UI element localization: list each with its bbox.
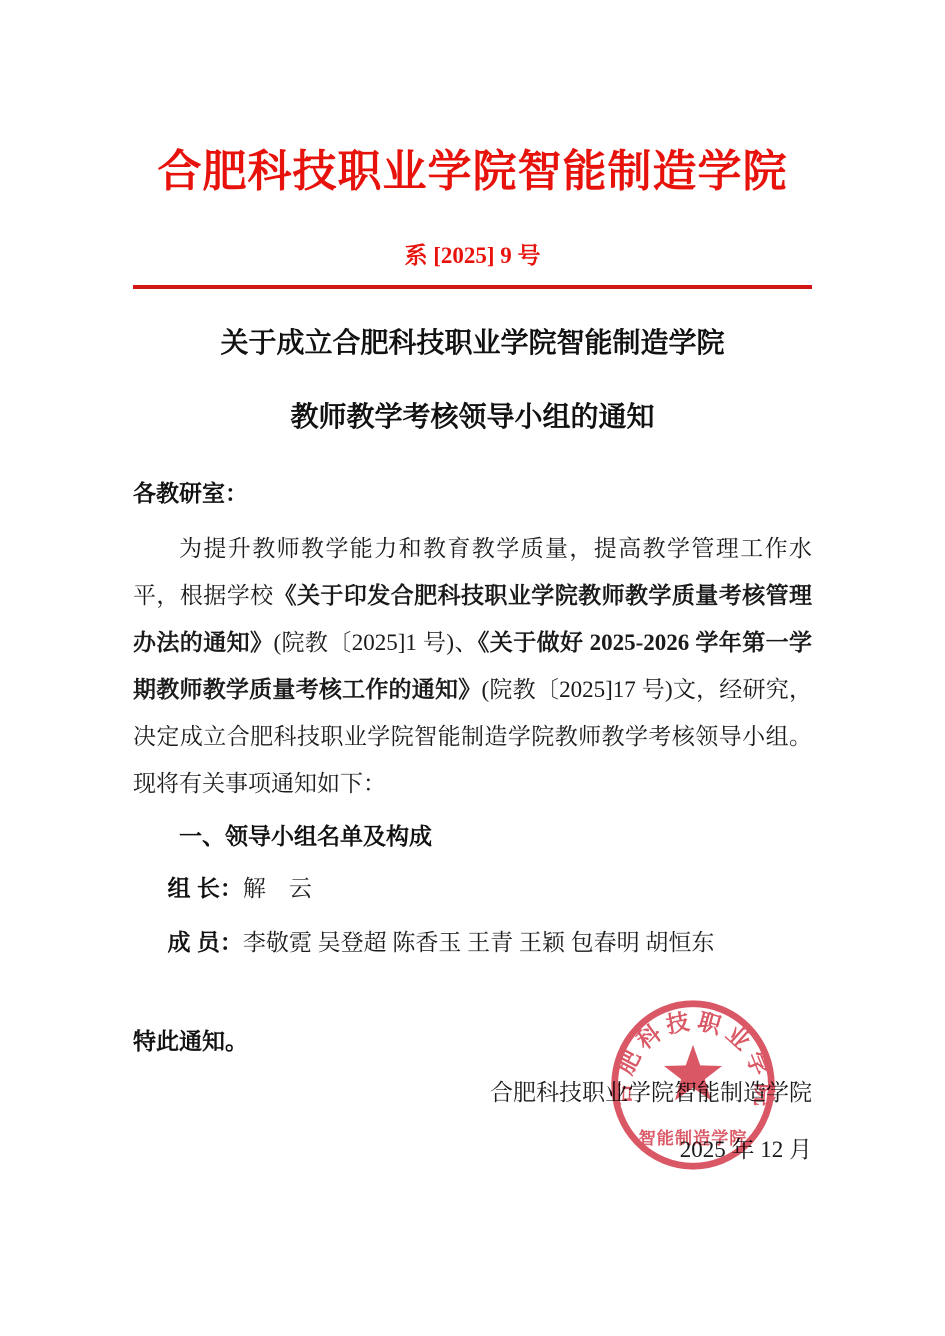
doc-title-line1: 关于成立合肥科技职业学院智能制造学院 [133,325,812,361]
issuing-org-signature: 合肥科技职业学院智能制造学院 [133,1069,812,1116]
members-label: 成 员： [168,929,243,955]
leader-label: 组 长： [168,875,243,901]
body-paragraph: 为提升教师教学能力和教育教学质量，提高教学管理工作水平，根据学校《关于印发合肥科… [133,525,812,807]
org-title: 合肥科技职业学院智能制造学院 [133,144,812,199]
doc-number: 系 [2025] 9 号 [133,241,812,271]
members-line: 成 员：李敬霓 吴登超 陈香玉 王青 王颖 包春明 胡恒东 [133,919,812,966]
leader-name: 解 云 [243,876,312,901]
doc-title-line2: 教师教学考核领导小组的通知 [133,399,812,435]
red-divider-rule [133,285,812,289]
closing-statement: 特此通知。 [133,1018,812,1065]
members-names: 李敬霓 吴登超 陈香玉 王青 王颖 包春明 胡恒东 [243,930,715,955]
salutation: 各教研室： [133,477,812,509]
paragraph-segment: (院教〔2025]1 号)、 [273,630,477,655]
issue-date: 2025 年 12 月 [133,1126,812,1173]
document-page: 合肥科技职业学院智能制造学院 系 [2025] 9 号 关于成立合肥科技职业学院… [0,0,945,1336]
footer: 合肥科技职业学院智能制造学院 2025 年 12 月 [133,1069,812,1173]
leader-line: 组 长：解 云 [133,865,812,912]
section-heading: 一、领导小组名单及构成 [133,813,812,860]
